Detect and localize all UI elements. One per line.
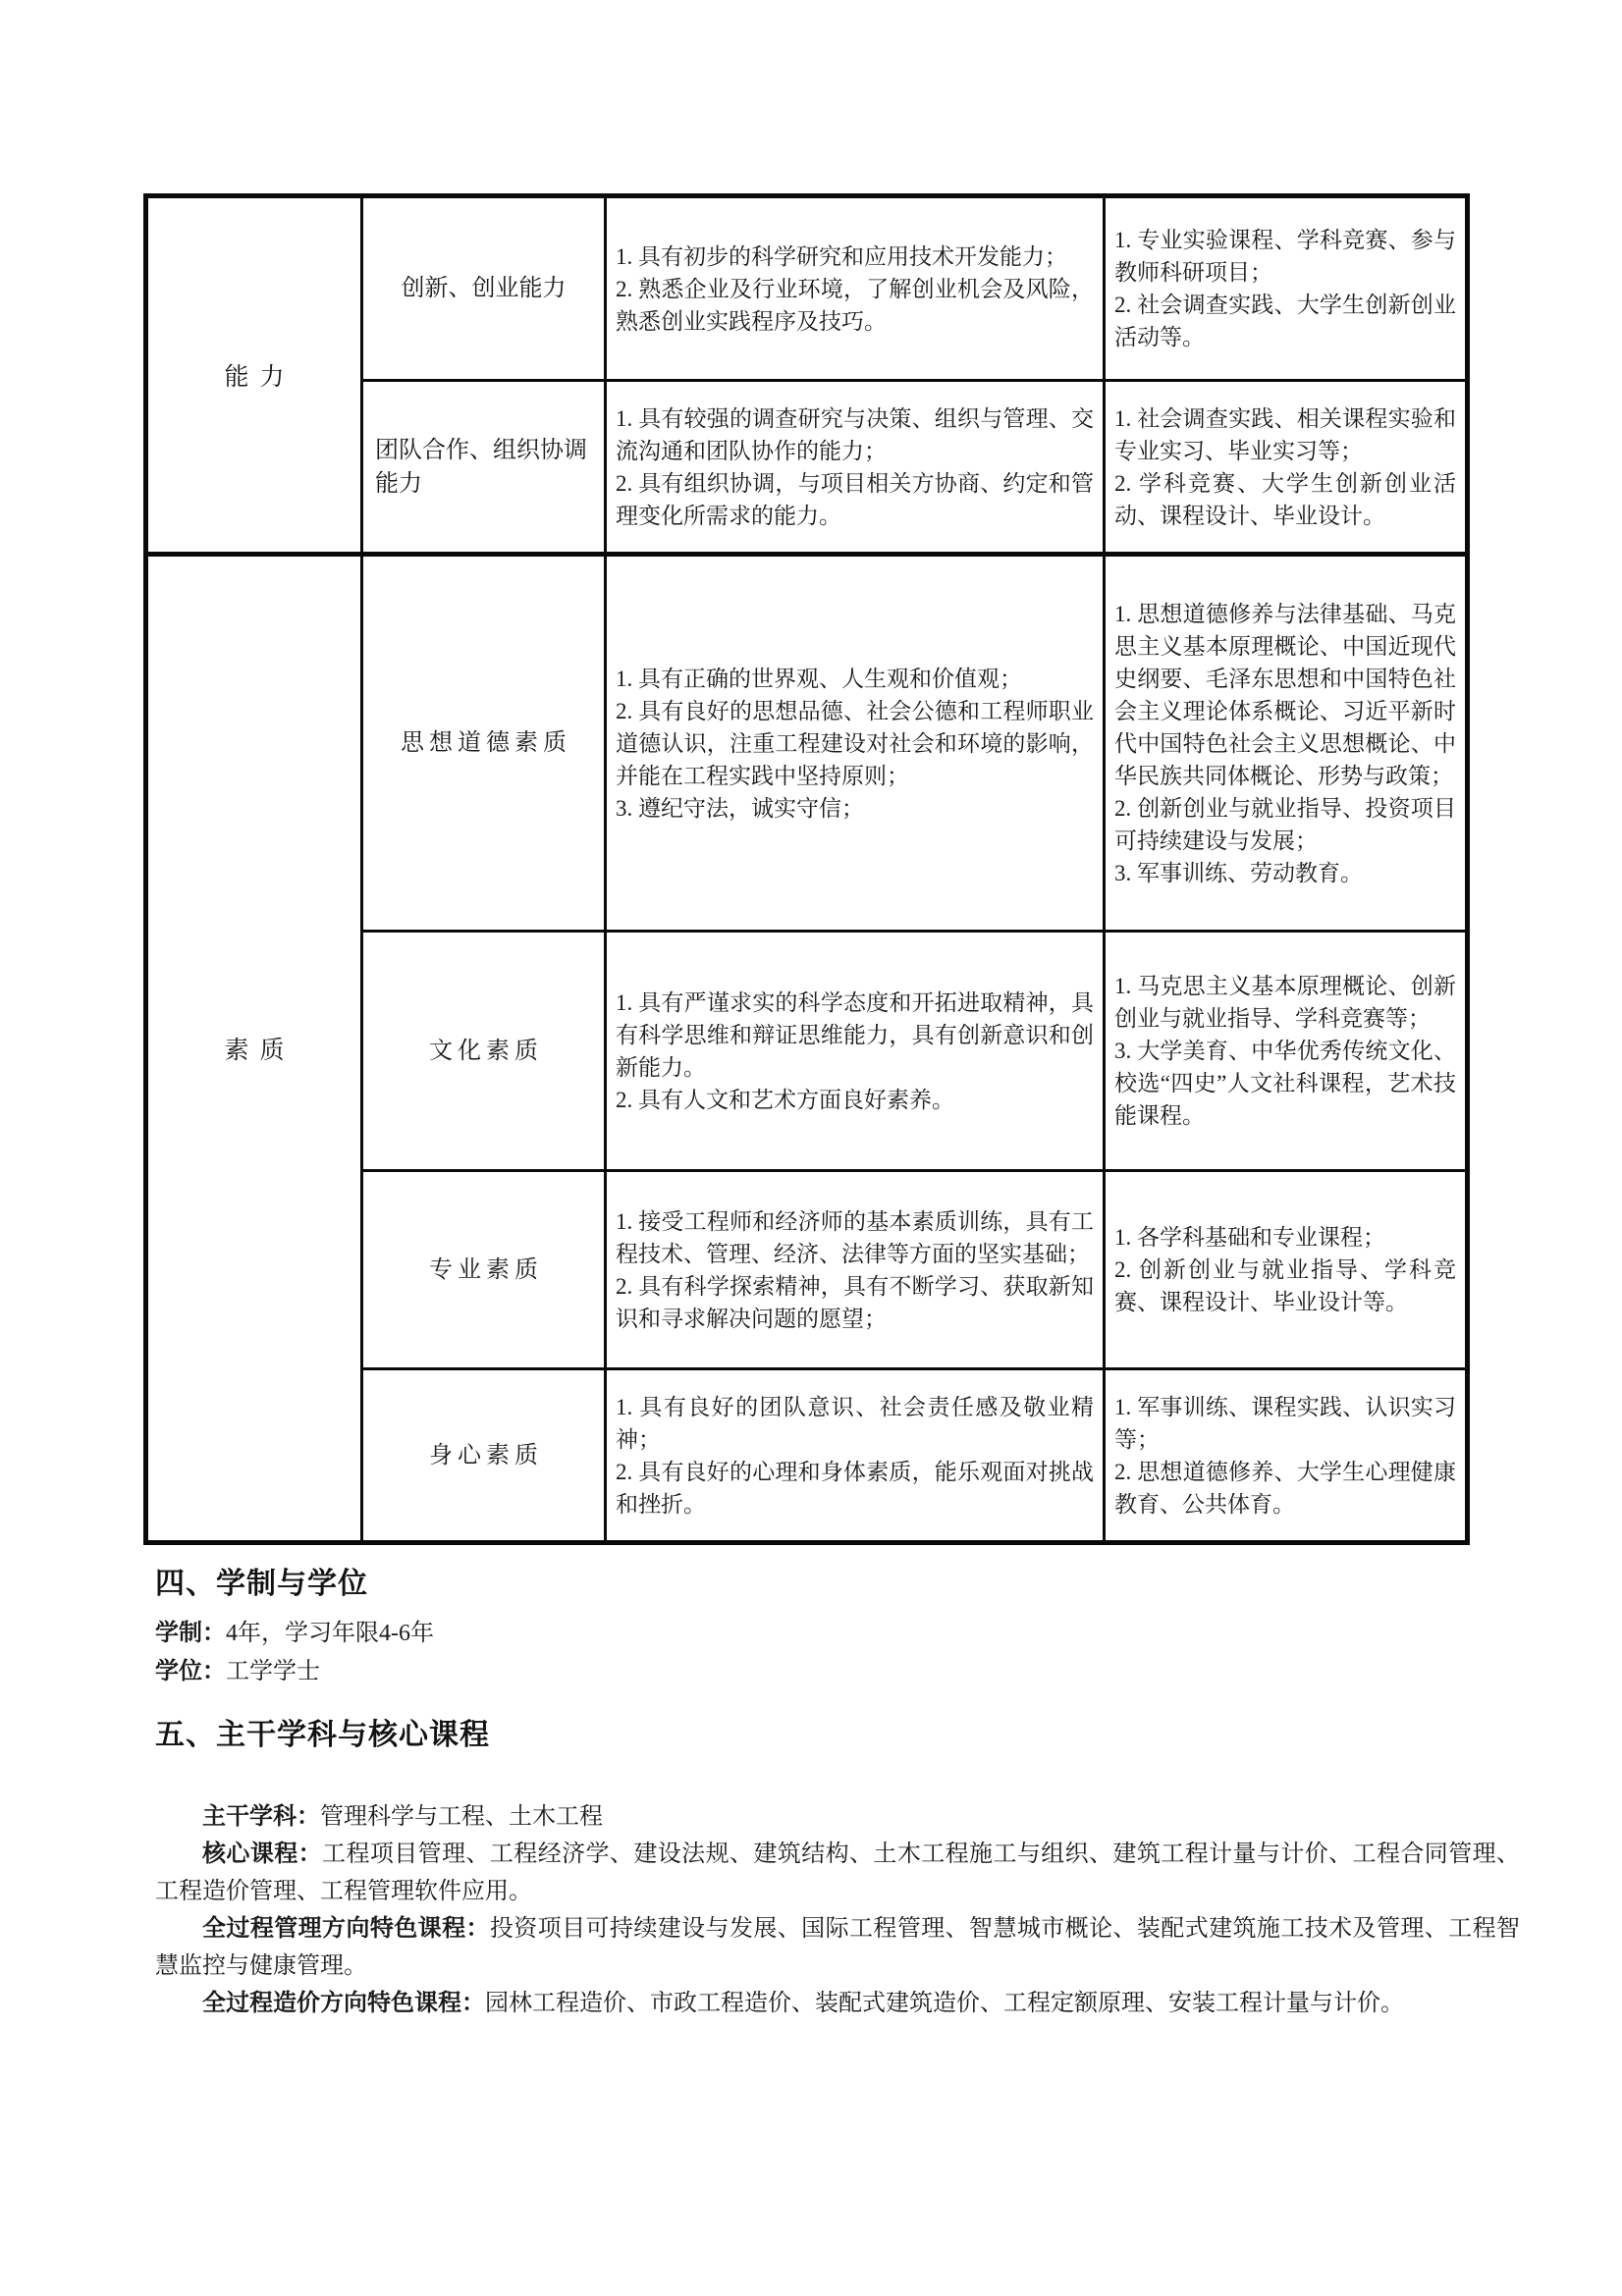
label-cell-professional: 专业素质	[362, 1171, 606, 1369]
requirements-cell-culture: 1. 具有严谨求实的科学态度和开拓进取精神，具有科学思维和辩证思维能力，具有创新…	[606, 932, 1105, 1171]
courses-cell-professional: 1. 各学科基础和专业课程； 2. 创新创业与就业指导、学科竞赛、课程设计、毕业…	[1105, 1171, 1468, 1369]
requirements-cell-professional: 1. 接受工程师和经济师的基本素质训练，具有工程技术、管理、经济、法律等方面的坚…	[606, 1171, 1105, 1369]
category-cell-ability: 能力	[146, 196, 362, 555]
main-disciplines-label: 主干学科：	[202, 1804, 320, 1830]
training-requirements-table: 能力 创新、创业能力 1. 具有初步的科学研究和应用技术开发能力； 2. 熟悉企…	[143, 193, 1470, 1545]
duration-label: 学制：	[155, 1621, 226, 1646]
core-courses-text: 工程项目管理、工程经济学、建设法规、建筑结构、土木工程施工与组织、建筑工程计量与…	[155, 1842, 1520, 1904]
cost-track-text: 园林工程造价、市政工程造价、装配式建筑造价、工程定额原理、安装工程计量与计价。	[485, 1991, 1404, 2016]
document-page: 能力 创新、创业能力 1. 具有初步的科学研究和应用技术开发能力； 2. 熟悉企…	[0, 0, 1622, 2296]
label-cell-culture: 文化素质	[362, 932, 606, 1171]
cost-track-label: 全过程造价方向特色课程：	[202, 1991, 485, 2016]
courses-cell-culture: 1. 马克思主义基本原理概论、创新创业与就业指导、学科竞赛等； 3. 大学美育、…	[1105, 932, 1468, 1171]
degree-label: 学位：	[155, 1659, 226, 1684]
degree-line: 学位：工学学士	[155, 1653, 1520, 1691]
courses-cell-innovation: 1. 专业实验课程、学科竞赛、参与教师科研项目； 2. 社会调查实践、大学生创新…	[1105, 196, 1468, 381]
duration-value: 4年，学习年限4-6年	[226, 1621, 434, 1646]
core-courses-paragraphs: 主干学科：管理科学与工程、土木工程 核心课程：工程项目管理、工程经济学、建设法规…	[155, 1798, 1520, 2022]
duration-degree-lines: 学制：4年，学习年限4-6年 学位：工学学士	[155, 1615, 1520, 1691]
duration-line: 学制：4年，学习年限4-6年	[155, 1615, 1520, 1653]
label-cell-ideology: 思想道德素质	[362, 555, 606, 932]
requirements-cell-teamwork: 1. 具有较强的调查研究与决策、组织与管理、交流沟通和团队协作的能力； 2. 具…	[606, 381, 1105, 555]
courses-cell-ideology: 1. 思想道德修养与法律基础、马克思主义基本原理概论、中国近现代史纲要、毛泽东思…	[1105, 555, 1468, 932]
label-cell-physical-mental: 身心素质	[362, 1369, 606, 1543]
paragraph-core-courses: 核心课程：工程项目管理、工程经济学、建设法规、建筑结构、土木工程施工与组织、建筑…	[155, 1836, 1520, 1910]
label-cell-innovation: 创新、创业能力	[362, 196, 606, 381]
requirements-cell-ideology: 1. 具有正确的世界观、人生观和价值观； 2. 具有良好的思想品德、社会公德和工…	[606, 555, 1105, 932]
label-cell-teamwork: 团队合作、组织协调能力	[362, 381, 606, 555]
courses-cell-teamwork: 1. 社会调查实践、相关课程实验和专业实习、毕业实习等； 2. 学科竞赛、大学生…	[1105, 381, 1468, 555]
requirements-cell-innovation: 1. 具有初步的科学研究和应用技术开发能力； 2. 熟悉企业及行业环境，了解创业…	[606, 196, 1105, 381]
section-heading-core-courses: 五、主干学科与核心课程	[155, 1710, 490, 1753]
requirements-cell-physical-mental: 1. 具有良好的团队意识、社会责任感及敬业精神； 2. 具有良好的心理和身体素质…	[606, 1369, 1105, 1543]
section-heading-duration-degree: 四、学制与学位	[155, 1559, 368, 1602]
paragraph-management-track: 全过程管理方向特色课程：投资项目可持续建设与发展、国际工程管理、智慧城市概论、装…	[155, 1910, 1520, 1985]
courses-cell-physical-mental: 1. 军事训练、课程实践、认识实习等； 2. 思想道德修养、大学生心理健康教育、…	[1105, 1369, 1468, 1543]
paragraph-main-disciplines: 主干学科：管理科学与工程、土木工程	[155, 1798, 1520, 1836]
degree-value: 工学学士	[226, 1659, 320, 1684]
main-disciplines-text: 管理科学与工程、土木工程	[320, 1804, 603, 1830]
category-cell-quality: 素质	[146, 555, 362, 1543]
table-row-innovation: 能力 创新、创业能力 1. 具有初步的科学研究和应用技术开发能力； 2. 熟悉企…	[146, 196, 1468, 381]
management-track-label: 全过程管理方向特色课程：	[202, 1916, 490, 1942]
table-row-ideology: 素质 思想道德素质 1. 具有正确的世界观、人生观和价值观； 2. 具有良好的思…	[146, 555, 1468, 932]
paragraph-cost-track: 全过程造价方向特色课程：园林工程造价、市政工程造价、装配式建筑造价、工程定额原理…	[155, 1985, 1520, 2022]
core-courses-label: 核心课程：	[202, 1842, 322, 1867]
